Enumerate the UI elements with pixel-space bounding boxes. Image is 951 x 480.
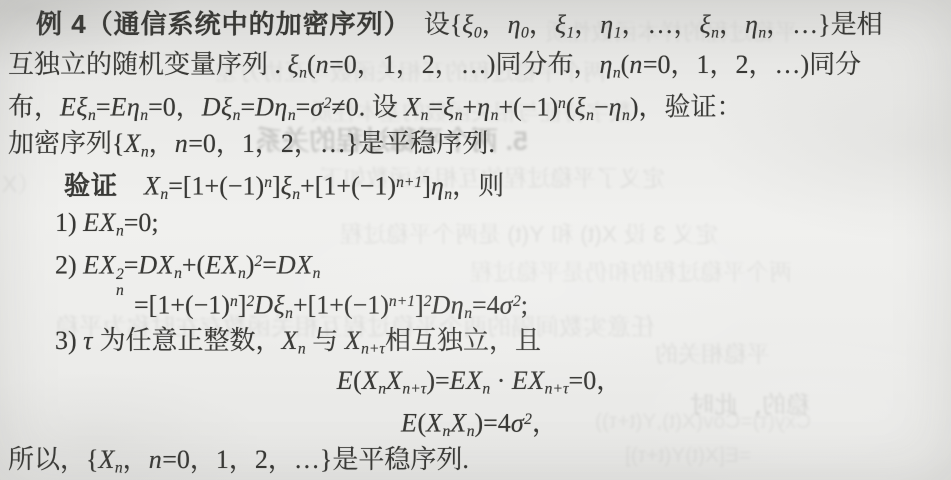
text-segment: ，则 xyxy=(452,171,504,200)
text-segment: ， xyxy=(482,10,508,39)
text-segment: =0， xyxy=(569,366,623,395)
text-segment: +(−1) xyxy=(498,92,558,121)
text-segment: ( xyxy=(566,92,575,121)
text-segment: 2 xyxy=(424,293,432,310)
text-segment: η xyxy=(431,171,444,200)
text-segment: )=4 xyxy=(474,408,510,437)
text-segment: X xyxy=(282,326,298,355)
text-segment: =0， xyxy=(148,92,202,121)
text-segment: )= xyxy=(426,366,449,395)
verify-line: 验证 Xn=[1+(−1)n]ξn+[1+(−1)n+1]ηn，则 xyxy=(8,163,951,203)
text-segment: σ xyxy=(310,92,323,121)
content-lines: 例 4（通信系统中的加密序列） 设{ξ0，η0，ξ1，η1，…，ξn，ηn，…}… xyxy=(8,5,951,479)
textbook-page: 平稳过程的样本函数性质两个平稳过程的互相关函数与互协方差数字特征与相关函数的基本… xyxy=(0,0,951,480)
text-segment: =0，1，2，…)同分 xyxy=(643,50,861,79)
text-segment: ，…}是相 xyxy=(766,10,882,39)
text-segment: η xyxy=(745,10,758,39)
text-segment: E xyxy=(337,366,353,395)
text-segment: n+1 xyxy=(389,293,415,310)
text-segment: 2) xyxy=(55,250,83,279)
text-segment: n xyxy=(758,24,766,41)
text-segment: ξ xyxy=(555,10,567,39)
text-segment: ， xyxy=(529,10,555,39)
text-segment: n xyxy=(444,186,452,203)
text-segment: ，…， xyxy=(622,10,700,39)
text-segment: =0，1，2，…}是平稳序列. xyxy=(188,129,495,158)
text-segment: σ xyxy=(500,290,513,319)
text-segment: n xyxy=(174,265,182,282)
text-segment: n xyxy=(285,304,293,321)
text-segment: − xyxy=(594,92,609,121)
stacked-sup-sub: 2n xyxy=(116,267,124,299)
text-segment: ] xyxy=(422,171,431,200)
text-segment: n xyxy=(292,186,300,203)
text-segment: n xyxy=(141,143,149,160)
text-segment: = xyxy=(296,92,311,121)
text-segment: ， xyxy=(532,408,558,437)
text-segment: Eξ xyxy=(60,92,88,121)
text-segment: ξ xyxy=(575,92,587,121)
text-segment: =0; xyxy=(124,208,159,237)
para-line-4: 加密序列{Xn，n=0，1，2，…}是平稳序列. xyxy=(8,124,951,164)
text-segment: 设{ xyxy=(398,10,462,39)
text-segment: ξ xyxy=(288,50,300,79)
text-segment: n xyxy=(264,174,272,191)
text-segment: n xyxy=(149,445,163,474)
text-segment: ξ xyxy=(443,92,455,121)
text-segment: 布， xyxy=(8,92,60,121)
text-segment: Dξ xyxy=(254,290,285,319)
text-segment: 与 xyxy=(306,326,345,355)
text-segment: 加密序列{ xyxy=(8,129,124,158)
text-segment: n xyxy=(140,107,148,124)
text-segment: n xyxy=(558,95,566,112)
text-segment: =4 xyxy=(472,290,500,319)
text-segment: 为任意正整数， xyxy=(93,326,282,355)
text-segment: = xyxy=(262,250,277,279)
text-segment: n xyxy=(378,380,386,397)
text-segment: X xyxy=(426,408,442,437)
text-segment: n xyxy=(88,107,96,124)
text-segment: 0 xyxy=(521,24,529,41)
text-segment: 例 4（通信系统中的加密序列） xyxy=(36,9,398,39)
text-segment: Dη xyxy=(432,290,465,319)
text-segment: X xyxy=(404,92,420,121)
text-segment: ; xyxy=(521,290,528,319)
example-heading-line: 例 4（通信系统中的加密序列） 设{ξ0，η0，ξ1，η1，…，ξn，ηn，…}… xyxy=(8,5,951,45)
text-segment: =0，1，2，…}是平稳序列. xyxy=(162,445,469,474)
text-segment: ( xyxy=(307,50,316,79)
text-segment: n xyxy=(613,64,621,81)
text-segment: DX xyxy=(138,250,174,279)
conclusion-line: 所以，{Xn，n=0，1，2，…}是平稳序列. xyxy=(8,440,951,480)
text-segment: n xyxy=(586,107,594,124)
text-segment: η xyxy=(600,10,613,39)
text-segment: X xyxy=(362,366,378,395)
text-segment: X xyxy=(386,366,402,395)
text-segment: n+τ xyxy=(361,340,385,357)
text-segment: η xyxy=(609,92,622,121)
text-segment: DX xyxy=(277,250,313,279)
text-segment: n xyxy=(238,265,246,282)
text-segment: X xyxy=(124,129,140,158)
text-segment: X xyxy=(98,445,114,474)
text-segment: n xyxy=(464,304,472,321)
text-segment: n xyxy=(116,222,124,239)
text-segment: n xyxy=(313,265,321,282)
text-segment: =0，1，2，…)同分布， xyxy=(329,50,599,79)
text-segment: n xyxy=(711,24,719,41)
text-segment: EX xyxy=(83,250,116,279)
text-segment: X xyxy=(144,171,160,200)
text-segment: τ xyxy=(83,326,93,355)
text-segment: ξ xyxy=(462,10,474,39)
text-segment: η xyxy=(599,50,612,79)
text-segment: =[1+(−1) xyxy=(168,171,264,200)
text-segment: =[1+(−1) xyxy=(134,290,230,319)
text-segment: +( xyxy=(182,250,205,279)
text-segment: X xyxy=(450,408,466,437)
text-segment: 所以，{ xyxy=(8,445,98,474)
text-segment: ， xyxy=(719,10,745,39)
text-segment: EX xyxy=(450,366,483,395)
equation-self-term: E(XnXn)=4σ2， xyxy=(8,400,951,440)
text-segment: 2 xyxy=(513,293,521,310)
text-segment: n+τ xyxy=(402,380,426,397)
text-segment: +[1+(−1) xyxy=(300,171,396,200)
text-segment: 0 xyxy=(474,24,482,41)
text-segment: ， xyxy=(574,10,600,39)
text-segment: EX xyxy=(205,250,238,279)
text-segment: )，验证： xyxy=(630,92,743,121)
text-segment: n xyxy=(455,107,463,124)
text-segment: 2 xyxy=(524,411,532,428)
text-segment: EX xyxy=(83,208,116,237)
text-segment: Dξ xyxy=(202,92,233,121)
text-segment: = xyxy=(428,92,443,121)
text-segment: EX xyxy=(512,366,545,395)
text-segment: n xyxy=(175,129,189,158)
text-segment: ≠0. 设 xyxy=(331,92,404,121)
text-segment: ( xyxy=(417,408,426,437)
text-segment: 互独立的随机变量序列 . xyxy=(8,50,288,79)
text-segment: 验证 xyxy=(64,170,118,200)
text-segment: η xyxy=(508,10,521,39)
equation-cross-term: E(XnXn+τ)=EXn · EXn+τ=0， xyxy=(8,361,951,401)
text-segment: σ xyxy=(511,408,524,437)
text-segment: ] xyxy=(415,290,424,319)
text-segment: n xyxy=(316,50,330,79)
text-segment: n xyxy=(288,107,296,124)
text-segment: +[1+(−1) xyxy=(293,290,389,319)
text-segment: η xyxy=(477,92,490,121)
text-segment: = xyxy=(240,92,255,121)
text-segment: 1) xyxy=(55,208,83,237)
text-segment: ( xyxy=(353,366,362,395)
text-segment: E xyxy=(401,408,417,437)
text-segment: n xyxy=(115,459,123,476)
text-segment: = xyxy=(124,250,139,279)
text-segment: 3) xyxy=(55,326,83,355)
text-segment: ] xyxy=(272,171,281,200)
text-segment: n xyxy=(299,64,307,81)
text-segment: ， xyxy=(149,129,175,158)
item-2-continuation-line: =[1+(−1)n]2Dξn+[1+(−1)n+1]2Dηn=4σ2; xyxy=(8,282,951,322)
text-segment: = xyxy=(96,92,111,121)
text-segment: Dη xyxy=(255,92,288,121)
text-segment: ξ xyxy=(281,171,293,200)
text-segment: n xyxy=(629,50,643,79)
text-segment: ξ xyxy=(700,10,712,39)
item-3-line: 3) τ 为任意正整数，Xn 与 Xn+τ相互独立，且 xyxy=(8,321,951,361)
item-2-line: 2) EX2n=DXn+(EXn)2=DXn xyxy=(8,242,951,282)
text-segment: · xyxy=(490,366,512,395)
text-segment: + xyxy=(463,92,478,121)
item-1-line: 1) EXn=0; xyxy=(8,203,951,243)
para-line-2: 互独立的随机变量序列 . ξn(n=0，1，2，…)同分布，ηn(n=0，1，2… xyxy=(8,45,951,85)
text-segment: n+τ xyxy=(545,380,569,397)
text-segment: n xyxy=(298,340,306,357)
text-segment: ， xyxy=(123,445,149,474)
text-segment xyxy=(118,171,144,200)
text-segment: n xyxy=(230,293,238,310)
text-segment: X xyxy=(345,326,361,355)
text-segment: n+1 xyxy=(396,174,422,191)
para-line-3: 布，Eξn=Eηn=0，Dξn=Dηn=σ2≠0. 设 Xn=ξn+ηn+(−1… xyxy=(8,84,951,124)
text-segment: 相互独立，且 xyxy=(385,326,541,355)
text-segment: 1 xyxy=(614,24,622,41)
text-segment: n xyxy=(622,107,630,124)
text-segment: Eη xyxy=(111,92,141,121)
